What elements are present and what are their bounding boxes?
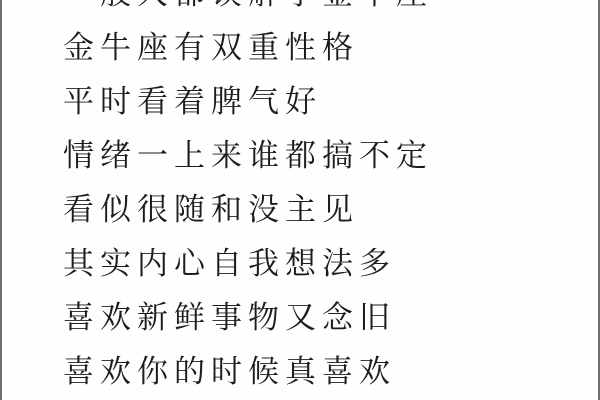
text-line-2: 金牛座有双重性格	[63, 21, 433, 75]
text-page: 一般人都误解了金牛座 金牛座有双重性格 平时看着脾气好 情绪一上来谁都搞不定 看…	[0, 0, 600, 400]
text-line-7: 喜欢新鲜事物又念旧	[63, 291, 433, 345]
text-line-4: 情绪一上来谁都搞不定	[63, 129, 433, 183]
poem-text-block: 一般人都误解了金牛座 金牛座有双重性格 平时看着脾气好 情绪一上来谁都搞不定 看…	[63, 0, 433, 399]
text-line-5: 看似很随和没主见	[63, 183, 433, 237]
text-line-1-partially-cut: 一般人都误解了金牛座	[63, 0, 433, 21]
text-line-8: 喜欢你的时候真喜欢	[63, 345, 433, 399]
text-line-3: 平时看着脾气好	[63, 75, 433, 129]
text-line-6: 其实内心自我想法多	[63, 237, 433, 291]
